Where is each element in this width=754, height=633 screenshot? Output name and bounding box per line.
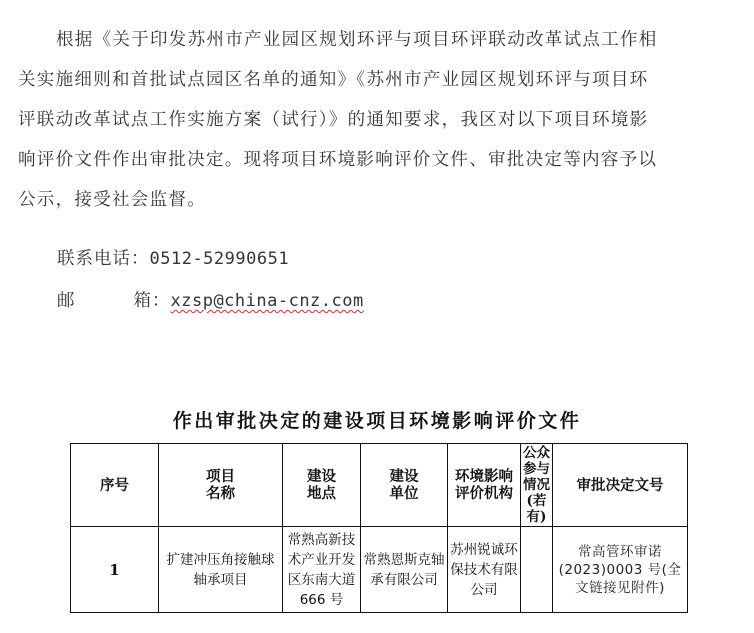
cell-project-name: 扩建冲压角接触球轴承项目 — [159, 527, 283, 613]
cell-public-participation — [521, 527, 553, 613]
cell-location: 常熟高新技术产业开发区东南大道666 号 — [283, 527, 361, 613]
contact-phone: 联系电话：0512-52990651 — [57, 245, 289, 270]
notice-line: 响评价文件作出审批决定。现将项目环境影响评价文件、审批决定等内容予以 — [18, 140, 738, 180]
header-public-participation: 公众参与情况(若有) — [521, 444, 553, 527]
email-value[interactable]: xzsp@china-cnz.com — [171, 291, 364, 311]
notice-line: 关实施细则和首批试点园区名单的通知》《苏州市产业园区规划环评与项目环 — [18, 60, 738, 100]
phone-label: 联系电话： — [57, 249, 150, 269]
header-location: 建设地点 — [283, 444, 361, 527]
cell-index: 1 — [71, 527, 159, 613]
notice-line: 公示，接受社会监督。 — [18, 180, 738, 220]
email-label-second: 箱： — [134, 291, 171, 311]
header-index: 序号 — [71, 444, 159, 527]
notice-paragraph: 根据《关于印发苏州市产业园区规划环评与项目环评联动改革试点工作相 关实施细则和首… — [18, 20, 738, 220]
contact-email: 邮箱：xzsp@china-cnz.com — [57, 287, 364, 312]
header-approval-doc: 审批决定文号 — [553, 444, 688, 527]
header-project-name: 项目名称 — [159, 444, 283, 527]
cell-approval-doc[interactable]: 常高管环审诺(2023)0003 号(全文链接见附件) — [553, 527, 688, 613]
table-title: 作出审批决定的建设项目环境影响评价文件 — [0, 406, 754, 433]
notice-line: 根据《关于印发苏州市产业园区规划环评与项目环评联动改革试点工作相 — [18, 20, 738, 60]
header-unit: 建设单位 — [361, 444, 448, 527]
approval-table: 序号 项目名称 建设地点 建设单位 环境影响评价机构 公众参与情况(若有) 审批… — [70, 443, 688, 613]
header-eia-agency: 环境影响评价机构 — [448, 444, 521, 527]
notice-line: 评联动改革试点工作实施方案（试行）》的通知要求，我区对以下项目环境影 — [18, 100, 738, 140]
table-header-row: 序号 项目名称 建设地点 建设单位 环境影响评价机构 公众参与情况(若有) 审批… — [71, 444, 688, 527]
phone-value: 0512-52990651 — [150, 249, 290, 269]
cell-eia-agency: 苏州锐诚环保技术有限公司 — [448, 527, 521, 613]
cell-unit: 常熟恩斯克轴承有限公司 — [361, 527, 448, 613]
email-label-first: 邮 — [57, 291, 76, 311]
table-row: 1 扩建冲压角接触球轴承项目 常熟高新技术产业开发区东南大道666 号 常熟恩斯… — [71, 527, 688, 613]
